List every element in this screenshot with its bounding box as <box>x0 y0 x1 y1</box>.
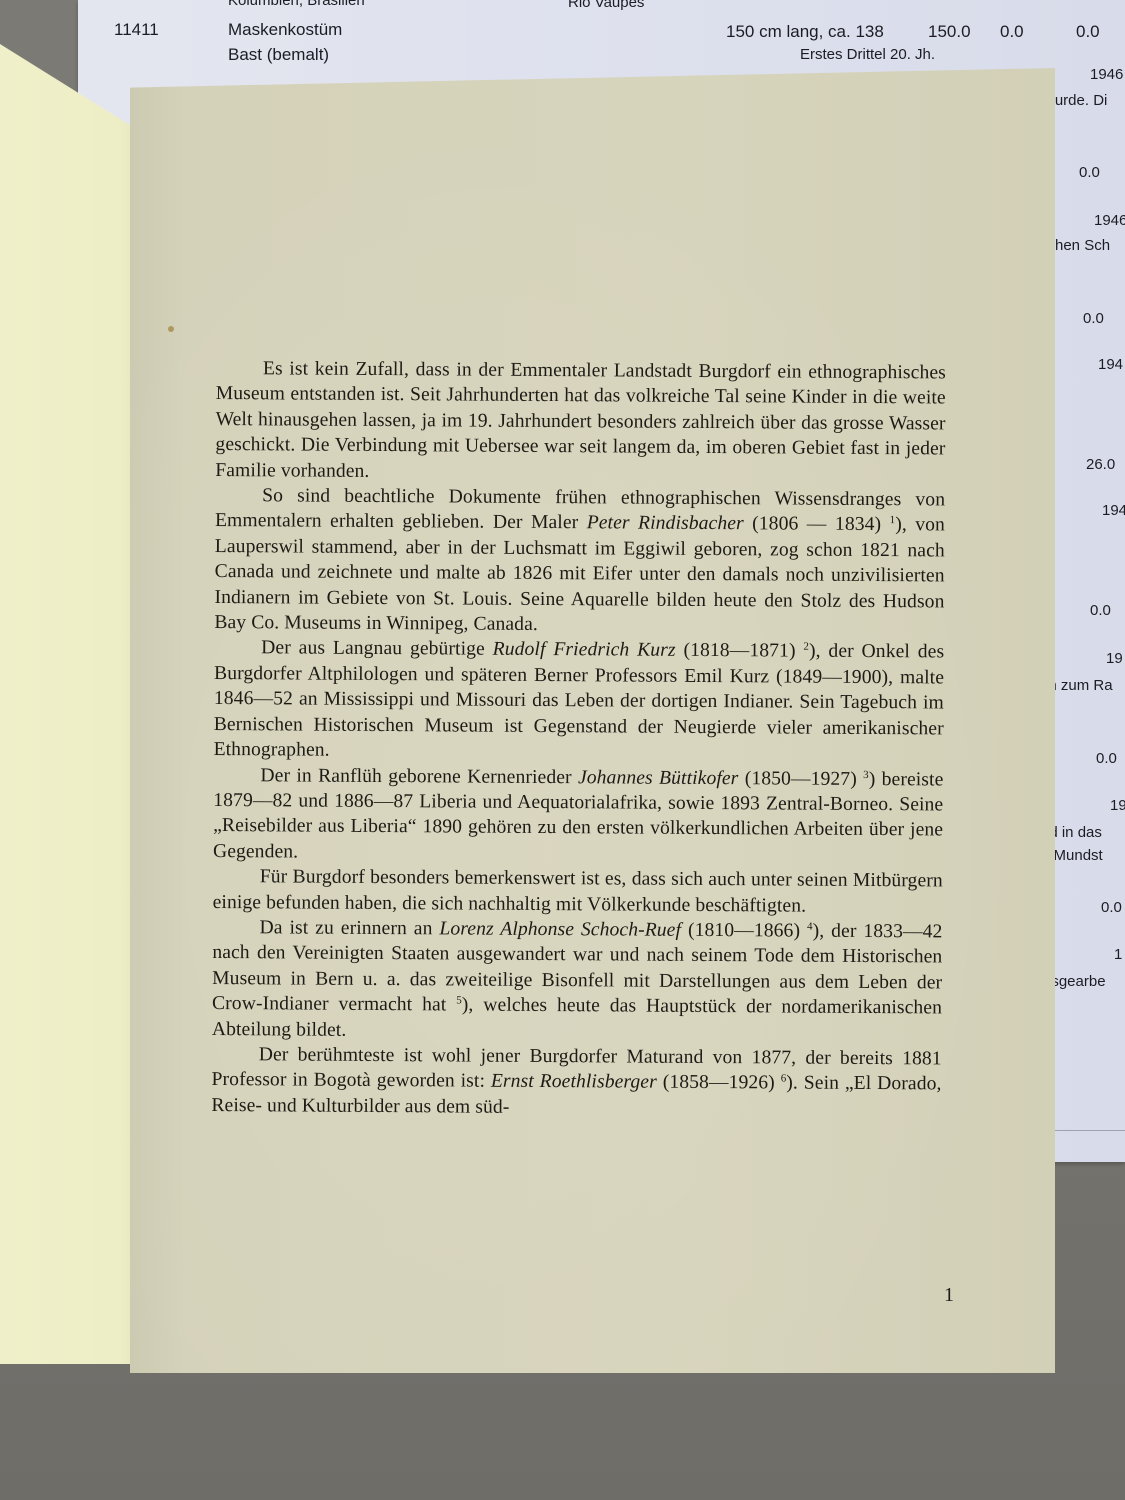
text-run: (1858—1926) <box>657 1072 781 1094</box>
text-run: (1818—1871) <box>676 640 804 662</box>
text-run: Es ist kein Zufall, dass in der Emmental… <box>215 358 946 481</box>
record-name: Maskenkostüm <box>228 20 342 40</box>
paragraph: Es ist kein Zufall, dass in der Emmental… <box>215 356 946 487</box>
edge-fragment: 1 <box>1114 946 1122 963</box>
edge-fragment: 0.0 <box>1083 310 1104 327</box>
edge-fragment: 0.0 <box>1096 750 1117 767</box>
booklet-inside-cover <box>0 44 148 1364</box>
edge-fragment: 194 <box>1102 502 1125 519</box>
text-run: (1810—1866) <box>681 920 807 942</box>
record-value-3: 0.0 <box>1076 22 1100 42</box>
location-text: Rio Vaupés <box>568 0 644 11</box>
text-run: Der aus Langnau gebürtige <box>261 638 493 660</box>
edge-fragment: 19 <box>1106 650 1123 667</box>
person-name: Ernst Roethlisberger <box>491 1071 657 1093</box>
record-id: 11411 <box>114 20 159 40</box>
record-value-2: 0.0 <box>1000 22 1024 42</box>
paragraph: Für Burgdorf besonders bemerkenswert ist… <box>213 864 943 919</box>
edge-fragment: 26.0 <box>1086 456 1115 473</box>
origin-text: Kolumbien, Brasilien <box>228 0 365 9</box>
record-value-1: 150.0 <box>928 22 971 42</box>
text-run: Für Burgdorf besonders bemerkenswert ist… <box>213 866 943 916</box>
person-name: Rudolf Friedrich Kurz <box>493 639 676 661</box>
edge-fragment: 0.0 <box>1101 899 1122 916</box>
paragraph: Da ist zu erinnern an Lorenz Alphonse Sc… <box>212 915 943 1046</box>
person-name: Lorenz Alphonse Schoch-Ruef <box>439 918 681 940</box>
person-name: Johannes Büttikofer <box>578 767 739 789</box>
text-run: Da ist zu erinnern an <box>259 917 439 939</box>
edge-fragment: 0.0 <box>1079 164 1100 181</box>
paragraph: Der berühmteste ist wohl jener Burgdorfe… <box>211 1042 941 1123</box>
text-run: (1806 — 1834) <box>744 514 890 536</box>
text-run: (1850—1927) <box>738 768 863 790</box>
edge-fragment: 1946 <box>1094 212 1125 229</box>
edge-fragment: 19 <box>1110 797 1125 814</box>
record-dimensions: 150 cm lang, ca. 138 <box>726 22 884 42</box>
person-name: Peter Rindisbacher <box>587 513 744 535</box>
paper-stain <box>168 326 174 332</box>
paragraph: Der in Ranflüh geborene Kernenrieder Joh… <box>213 762 944 868</box>
edge-fragment: 1946 <box>1090 66 1123 83</box>
page-number: 1 <box>944 1284 954 1307</box>
text-run: Der in Ranflüh geborene Kernenrieder <box>260 765 578 788</box>
paragraph: So sind beachtliche Dokumente frühen eth… <box>214 483 945 640</box>
paragraph: Der aus Langnau gebürtige Rudolf Friedri… <box>214 635 945 766</box>
edge-fragment: 194 <box>1098 356 1123 373</box>
edge-fragment: 0.0 <box>1090 602 1111 619</box>
body-text: Es ist kein Zufall, dass in der Emmental… <box>211 356 946 1123</box>
record-material: Bast (bemalt) <box>228 45 329 65</box>
record-dating: Erstes Drittel 20. Jh. <box>800 46 935 63</box>
